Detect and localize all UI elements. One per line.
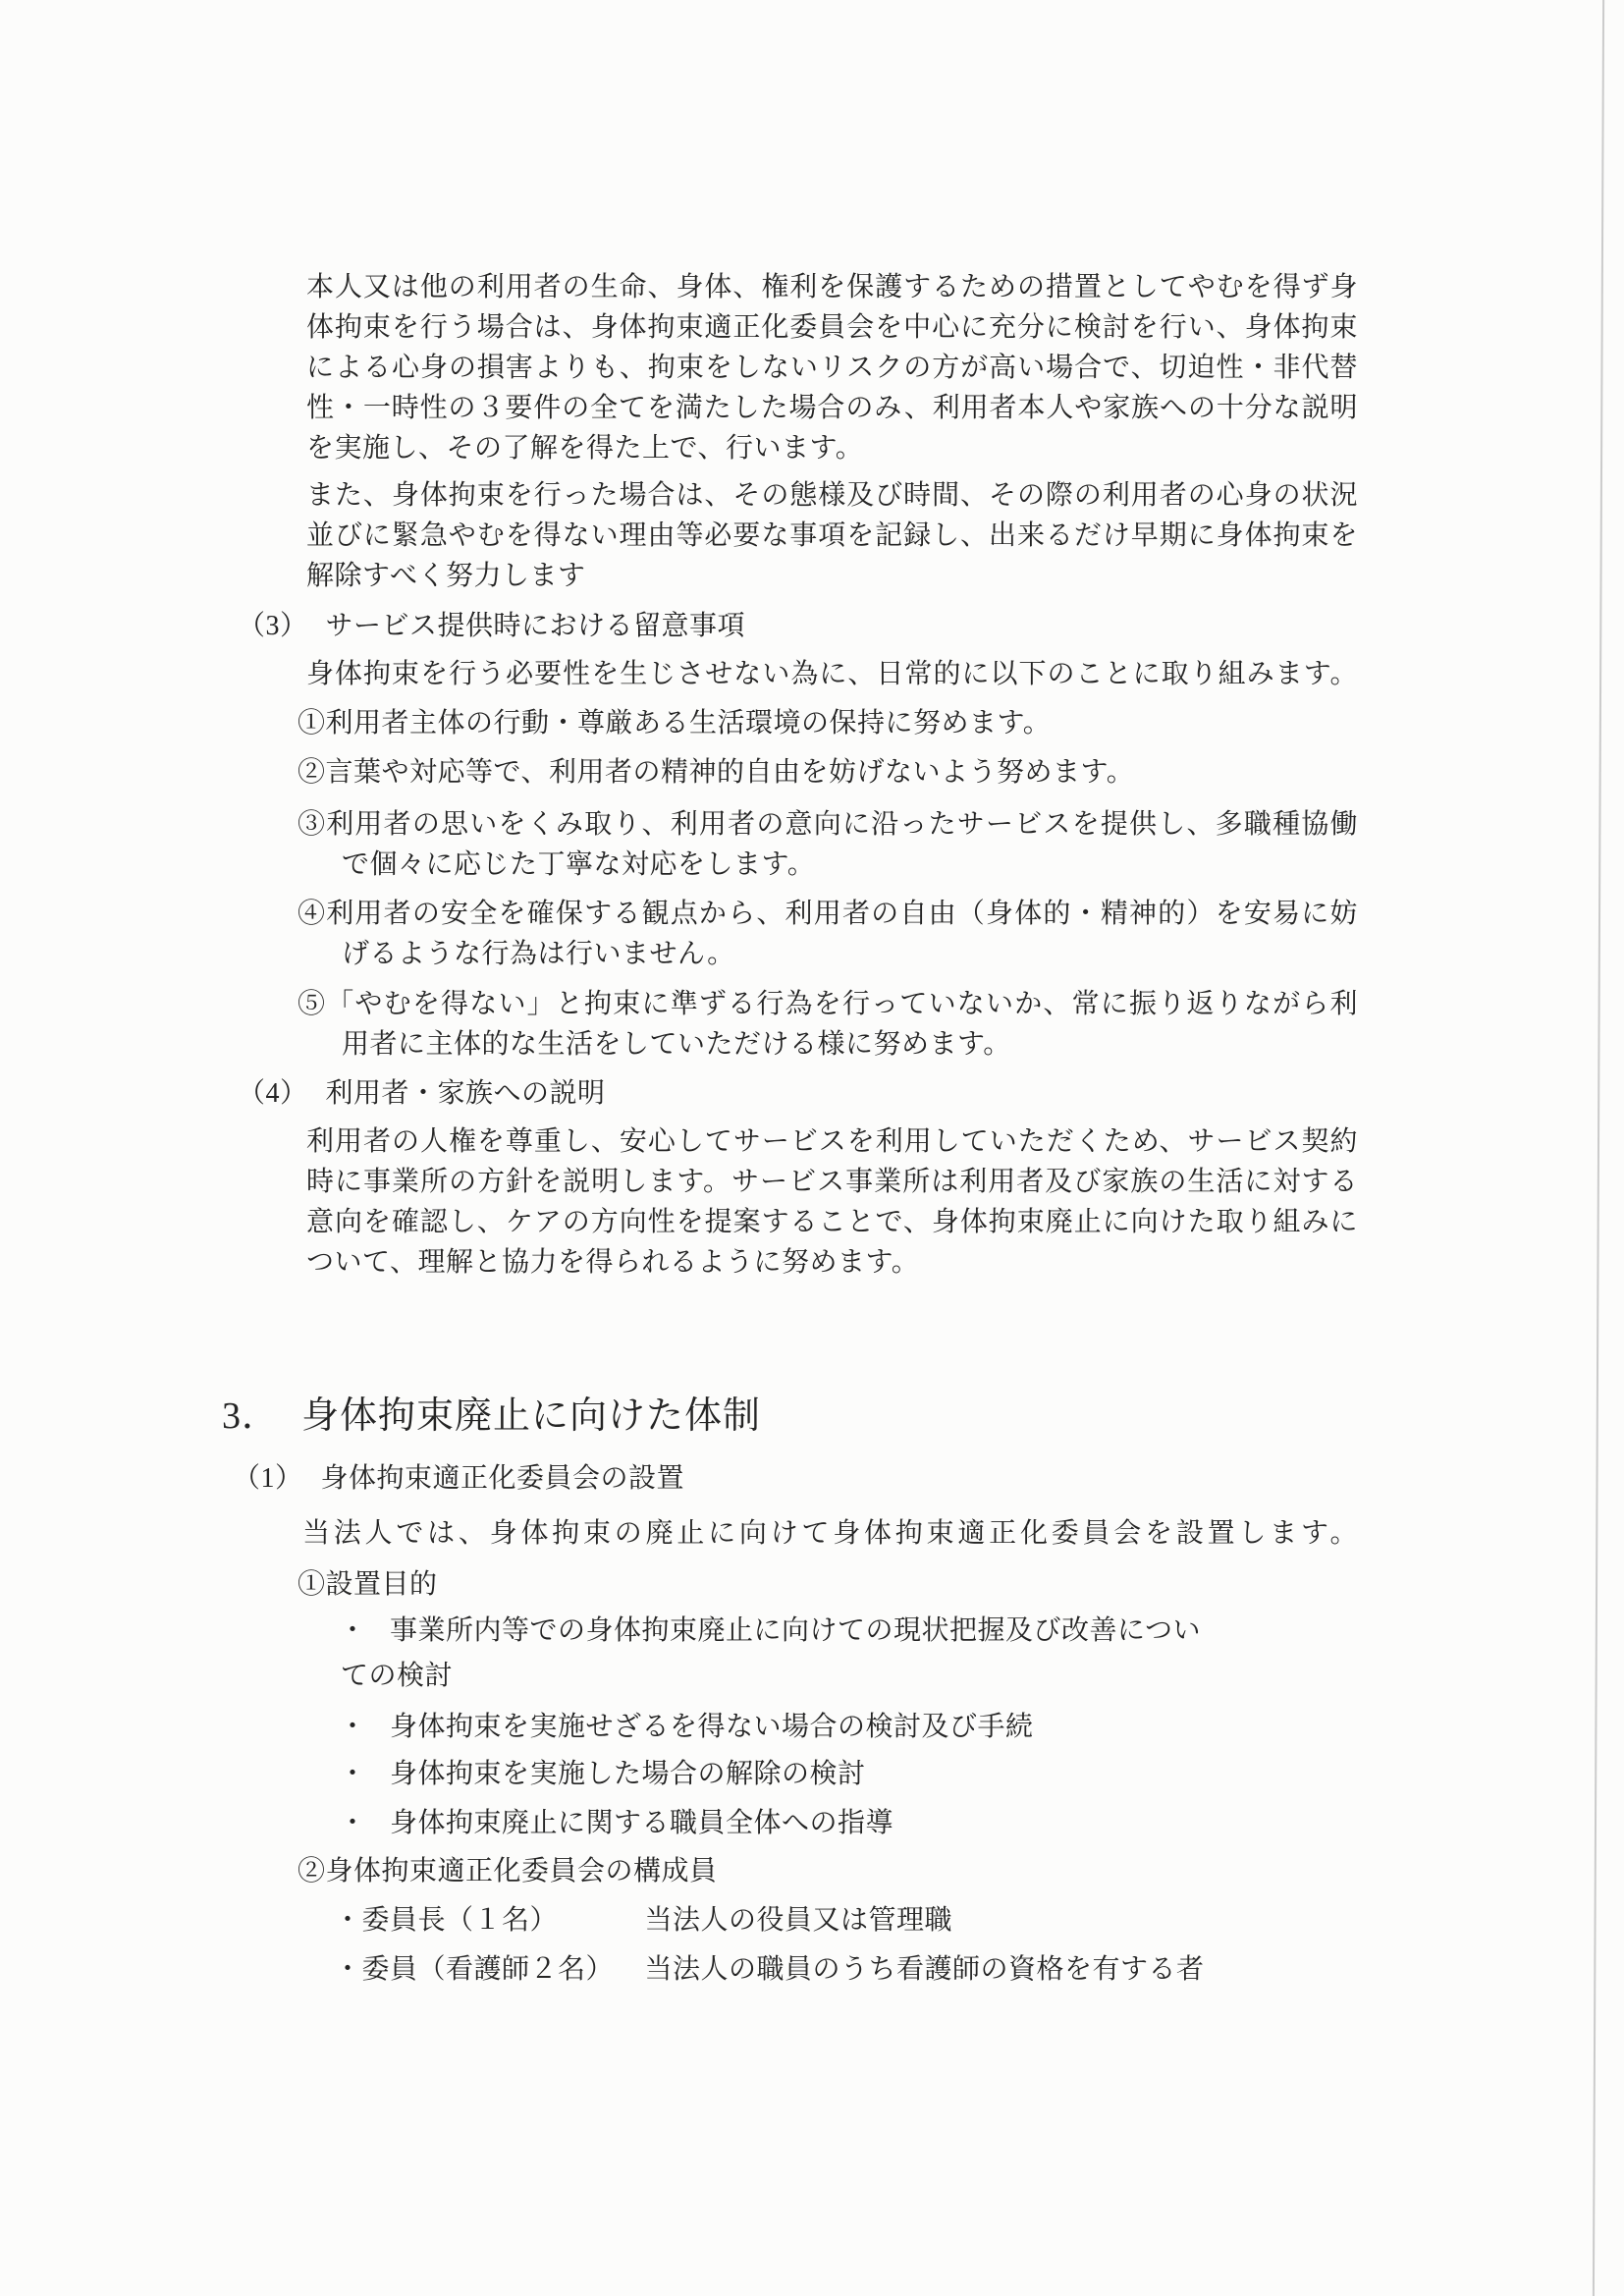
bullet-marker: ・ [334,1954,362,1985]
establish-line: 当法人では、身体拘束の廃止に向けて身体拘束適正化委員会を設置します。 [302,1513,1358,1554]
numbered-item-heading: （1）身体拘束適正化委員会の設置 [233,1458,1624,1499]
member-description: 当法人の職員のうち看護師の資格を有する者 [645,1954,1205,1985]
point-item-line: ⑤「やむを得ない」と拘束に準ずる行為を行っていないか、常に振り返りながら利 [298,984,1358,1024]
point-item-line: ①利用者主体の行動・尊厳ある生活環境の保持に努めます。 [298,703,1624,743]
bullet-item: ・身体拘束を実施した場合の解除の検討 [339,1754,1624,1794]
point-item-line: ④利用者の安全を確保する観点から、利用者の自由（身体的・精神的）を安易に妨 [298,894,1358,934]
bullet-item: ・身体拘束を実施せざるを得ない場合の検討及び手続 [339,1707,1624,1747]
item-label: （1） [233,1463,303,1494]
explanation-line: 意向を確認し、ケアの方向性を提案することで、身体拘束廃止に向けた取り組みに [306,1202,1358,1242]
explanation-line: 時に事業所の方針を説明します。サービス事業所は利用者及び家族の生活に対する [306,1162,1358,1202]
committee-member-row: ・委員（看護師２名）当法人の職員のうち看護師の資格を有する者 [334,1949,1624,1990]
item-label: （3） [238,611,308,641]
bullet-marker: ・ [339,1611,390,1651]
intro-paragraph-line: を実施し、その了解を得た上で、行います。 [306,428,1624,468]
intro-paragraph-line: 性・一時性の３要件の全てを満たした場合のみ、利用者本人や家族への十分な説明 [306,388,1358,428]
member-role: 委員（看護師２名） [362,1949,645,1990]
committee-member-row: ・委員長（１名）当法人の役員又は管理職 [334,1900,1624,1941]
bullet-marker: ・ [334,1905,362,1936]
bullet-text: 身体拘束廃止に関する職員全体への指導 [390,1808,893,1838]
bullet-text: 事業所内等での身体拘束廃止に向けての現状把握及び改善につい [390,1615,1201,1646]
record-paragraph-line: 解除すべく努力します [306,556,1624,596]
intro-paragraph-line: による心身の損害よりも、拘束をしないリスクの方が高い場合で、切迫性・非代替 [306,348,1358,388]
bullet-continuation-line: ての検討 [341,1656,1624,1696]
point-continuation-line: で個々に応じた丁寧な対応をします。 [342,845,1624,885]
bullet-item: ・身体拘束廃止に関する職員全体への指導 [339,1803,1624,1843]
document-body: 本人又は他の利用者の生命、身体、権利を保護するための措置としてやむを得ず身 体拘… [0,267,1624,1990]
explanation-line: ついて、理解と協力を得られるように努めます。 [306,1242,1624,1283]
members-heading-line: ②身体拘束適正化委員会の構成員 [298,1851,1624,1891]
numbered-item-heading: （3）サービス提供時における留意事項 [238,606,1624,646]
heading-number: 3． [222,1395,280,1437]
scanned-document-page: 本人又は他の利用者の生命、身体、権利を保護するための措置としてやむを得ず身 体拘… [0,0,1624,2296]
bullet-marker: ・ [339,1707,390,1747]
heading-title: 身体拘束廃止に向けた体制 [301,1395,761,1437]
member-description: 当法人の役員又は管理職 [645,1905,953,1936]
explanation-line: 利用者の人権を尊重し、安心してサービスを利用していただくため、サービス契約 [306,1121,1358,1162]
note-line: 身体拘束を行う必要性を生じさせない為に、日常的に以下のことに取り組みます。 [306,654,1358,694]
point-continuation-line: げるような行為は行いません。 [342,934,1624,974]
bullet-marker: ・ [339,1803,390,1843]
record-paragraph-line: 並びに緊急やむを得ない理由等必要な事項を記録し、出来るだけ早期に身体拘束を [306,516,1358,556]
bullet-text: 身体拘束を実施した場合の解除の検討 [390,1759,866,1789]
item-title: 身体拘束適正化委員会の設置 [321,1463,685,1494]
item-label: （4） [238,1078,308,1109]
intro-paragraph-line: 本人又は他の利用者の生命、身体、権利を保護するための措置としてやむを得ず身 [306,267,1358,307]
bullet-text: 身体拘束を実施せざるを得ない場合の検討及び手続 [390,1712,1034,1742]
bullet-item: ・事業所内等での身体拘束廃止に向けての現状把握及び改善につい [339,1611,1624,1651]
point-item-line: ②言葉や対応等で、利用者の精神的自由を妨げないよう努めます。 [298,752,1624,793]
bullet-marker: ・ [339,1754,390,1794]
item-title: サービス提供時における留意事項 [326,611,746,641]
purpose-heading-line: ①設置目的 [298,1564,1624,1605]
intro-paragraph-line: 体拘束を行う場合は、身体拘束適正化委員会を中心に充分に検討を行い、身体拘束 [306,307,1358,348]
point-item-line: ③利用者の思いをくみ取り、利用者の意向に沿ったサービスを提供し、多職種協働 [298,804,1358,845]
numbered-item-heading: （4）利用者・家族への説明 [238,1073,1624,1114]
point-continuation-line: 用者に主体的な生活をしていただける様に努めます。 [342,1024,1624,1065]
record-paragraph-line: また、身体拘束を行った場合は、その態様及び時間、その際の利用者の心身の状況 [306,475,1358,516]
member-role: 委員長（１名） [362,1900,645,1941]
item-title: 利用者・家族への説明 [326,1078,606,1109]
chapter-heading: 3．身体拘束廃止に向けた体制 [222,1388,1624,1445]
